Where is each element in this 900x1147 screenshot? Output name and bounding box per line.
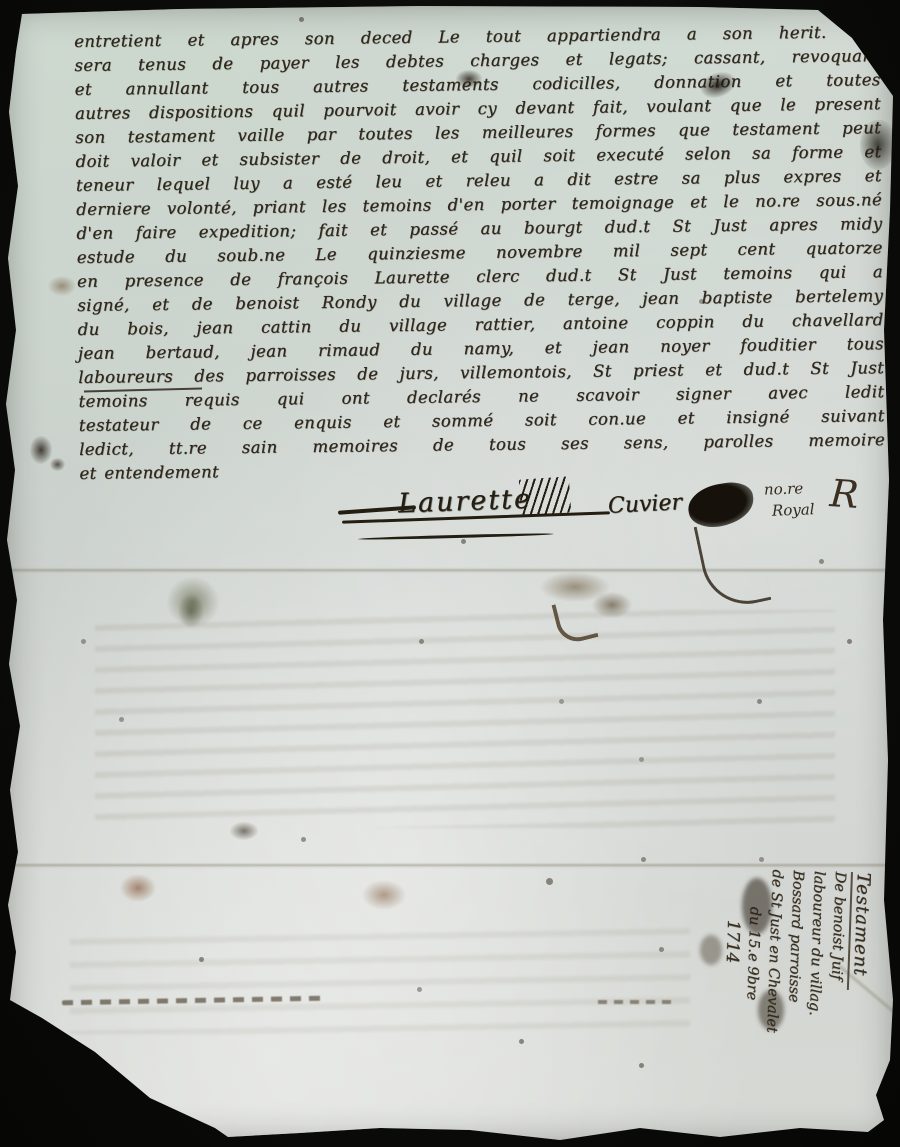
- paper-stain: [50, 458, 65, 471]
- paraph-tail-loop: [694, 515, 772, 613]
- paper-speckles: [0, 0, 3, 3]
- ink-smudge: [758, 990, 784, 1030]
- fold-crease-lower: [0, 863, 900, 868]
- bleedthrough-dashed-line: [598, 1000, 672, 1004]
- paper-stain: [48, 276, 76, 296]
- endorsement-note: Testament De benoist Juif laboureur du v…: [706, 867, 874, 1102]
- ink-smudge: [742, 878, 772, 934]
- paper-stain: [230, 822, 258, 840]
- bleedthrough-text-area: [70, 922, 690, 1034]
- notary-title: no.re: [764, 479, 804, 498]
- signature-notary: Cuvier: [607, 490, 682, 519]
- paper-stain: [120, 874, 156, 902]
- endorsement-line: Testament: [847, 872, 874, 991]
- notary-paraph-letter: R: [829, 471, 861, 517]
- bleedthrough-text-area: [95, 610, 835, 828]
- ink-smudge: [700, 935, 722, 965]
- signature-hatch-paraph: [519, 476, 571, 515]
- photo-background: entretient et apres son deced Le tout ap…: [0, 0, 900, 1147]
- manuscript-paper: entretient et apres son deced Le tout ap…: [0, 0, 900, 1147]
- paper-stain: [30, 436, 52, 464]
- manuscript-body: entretient et apres son deced Le tout ap…: [74, 20, 888, 486]
- paper-stain: [362, 880, 406, 910]
- signature-flourish: [358, 532, 554, 540]
- ink-smudge: [860, 120, 896, 170]
- notary-title: Royal: [772, 500, 815, 519]
